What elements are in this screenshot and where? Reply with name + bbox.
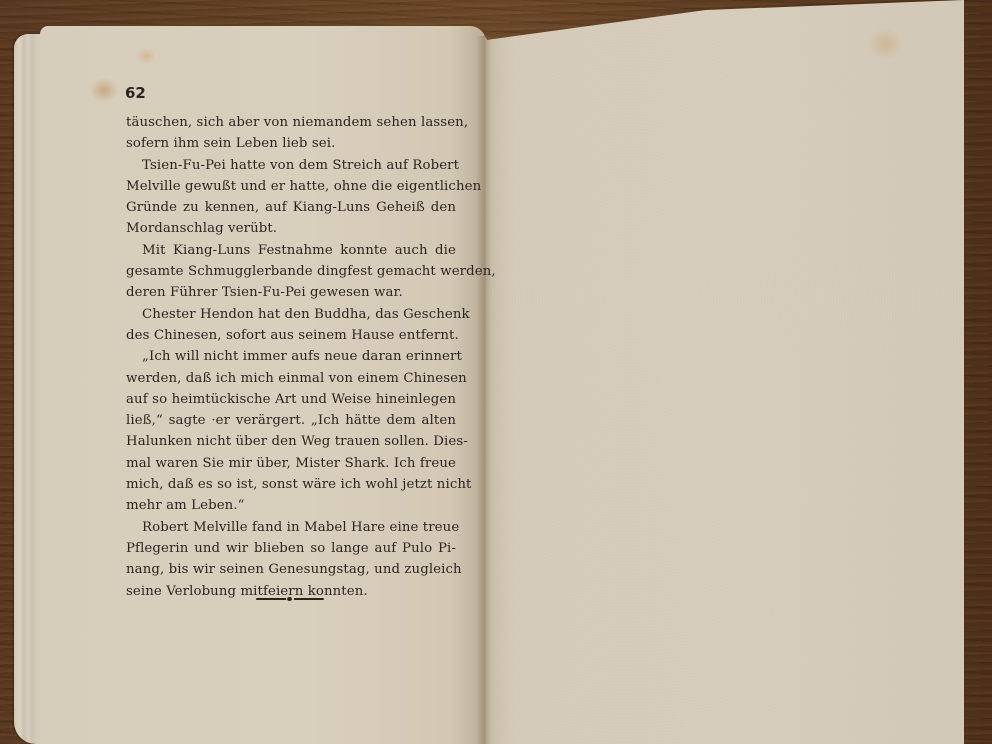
ornament-rule-left [256, 598, 286, 600]
text-line: gesamte Schmugglerbande dingfest gemacht… [126, 261, 456, 282]
text-line: Mordanschlag verübt. [126, 218, 456, 239]
text-line: Tsien-Fu-Pei hatte von dem Streich auf R… [126, 155, 456, 176]
text-line: Pflegerin und wir blieben so lange auf P… [126, 538, 456, 559]
text-line: mehr am Leben.“ [126, 495, 456, 516]
end-ornament [256, 597, 324, 601]
text-line: deren Führer Tsien-Fu-Pei gewesen war. [126, 282, 456, 303]
text-line: ließ,“ sagte ·er verärgert. „Ich hätte d… [126, 410, 456, 431]
text-line: werden, daß ich mich einmal von einem Ch… [126, 368, 456, 389]
text-line: mich, daß es so ist, sonst wäre ich wohl… [126, 474, 456, 495]
page-body-text: täuschen, sich aber von niemandem sehen … [126, 112, 456, 602]
ornament-rule-right [294, 598, 324, 600]
text-line: sofern ihm sein Leben lieb sei. [126, 133, 456, 154]
page-number: 62 [125, 84, 146, 102]
text-line: Chester Hendon hat den Buddha, das Gesch… [126, 304, 456, 325]
text-line: auf so heimtückische Art und Weise hinei… [126, 389, 456, 410]
text-line: Robert Melville fand in Mabel Hare eine … [126, 517, 456, 538]
text-line: Gründe zu kennen, auf Kiang-Luns Geheiß … [126, 197, 456, 218]
text-line: Halunken nicht über den Weg trauen solle… [126, 431, 456, 452]
text-line: nang, bis wir seinen Genesungstag, und z… [126, 559, 456, 580]
text-line: mal waren Sie mir über, Mister Shark. Ic… [126, 453, 456, 474]
book-gutter [476, 36, 492, 744]
right-page-blank [486, 0, 964, 744]
text-line: täuschen, sich aber von niemandem sehen … [126, 112, 456, 133]
text-line: des Chinesen, sofort aus seinem Hause en… [126, 325, 456, 346]
text-line: „Ich will nicht immer aufs neue daran er… [126, 346, 456, 367]
text-line: Mit Kiang-Luns Festnahme konnte auch die [126, 240, 456, 261]
ornament-dot [287, 597, 292, 601]
text-line: Melville gewußt und er hatte, ohne die e… [126, 176, 456, 197]
